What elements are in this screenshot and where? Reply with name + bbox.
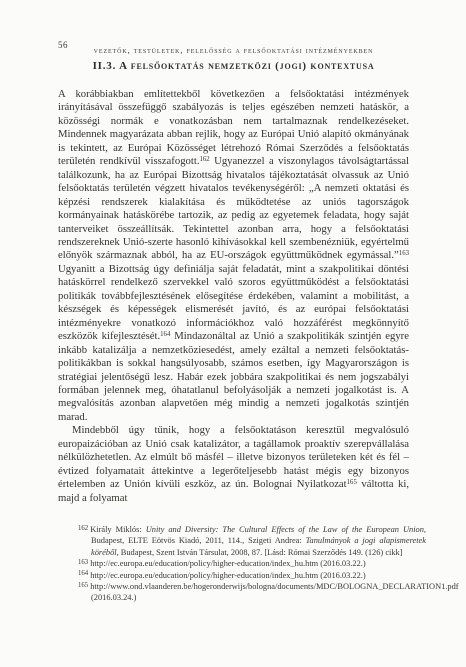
italic-text: Unity and Diversity: The Cultural Effect… [146,525,426,534]
running-head: vezetők, testületek, felelősség a felsőo… [94,45,374,55]
footnote-ref: 164 [160,331,170,338]
body-text: A korábbiakban említettekből következően… [58,88,409,505]
italic-text: Tanulmányok a jogi alapismeretek köréből… [91,536,426,556]
page-number: 56 [58,40,68,50]
footnote-165: 165http://www.ond.vlaanderen.be/hogerond… [78,581,426,604]
footnote-ref: 162 [200,156,210,163]
footnote-text: Király Miklós: Unity and Diversity: The … [90,525,426,557]
book-page: 56 vezetők, testületek, felelősség a fel… [0,0,466,667]
section-title: II.3. A felsőoktatás nemzetközi (jogi) k… [58,60,409,72]
footnote-text: http://www.ond.vlaanderen.be/hogeronderw… [90,582,458,602]
paragraph-1: A korábbiakban említettekből következően… [58,88,409,424]
footnote-163: 163http://ec.europa.eu/education/policy/… [78,558,426,569]
footnote-ref: 163 [399,250,409,257]
footnote-number: 162 [78,525,88,532]
footnote-162: 162Király Miklós: Unity and Diversity: T… [78,524,426,558]
footnote-number: 165 [78,582,88,589]
paragraph-2: Mindebből úgy tűnik, hogy a felsőoktatás… [58,424,409,505]
footnote-164: 164http://ec.europa.eu/education/policy/… [78,570,426,581]
footnote-text: http://ec.europa.eu/education/policy/hig… [90,559,365,568]
footnote-text: http://ec.europa.eu/education/policy/hig… [90,571,365,580]
page-header: 56 vezetők, testületek, felelősség a fel… [58,40,409,58]
footnotes-block: 162Király Miklós: Unity and Diversity: T… [78,524,426,604]
footnote-number: 163 [78,559,88,566]
footnote-number: 164 [78,570,88,577]
footnote-ref: 165 [347,479,357,486]
